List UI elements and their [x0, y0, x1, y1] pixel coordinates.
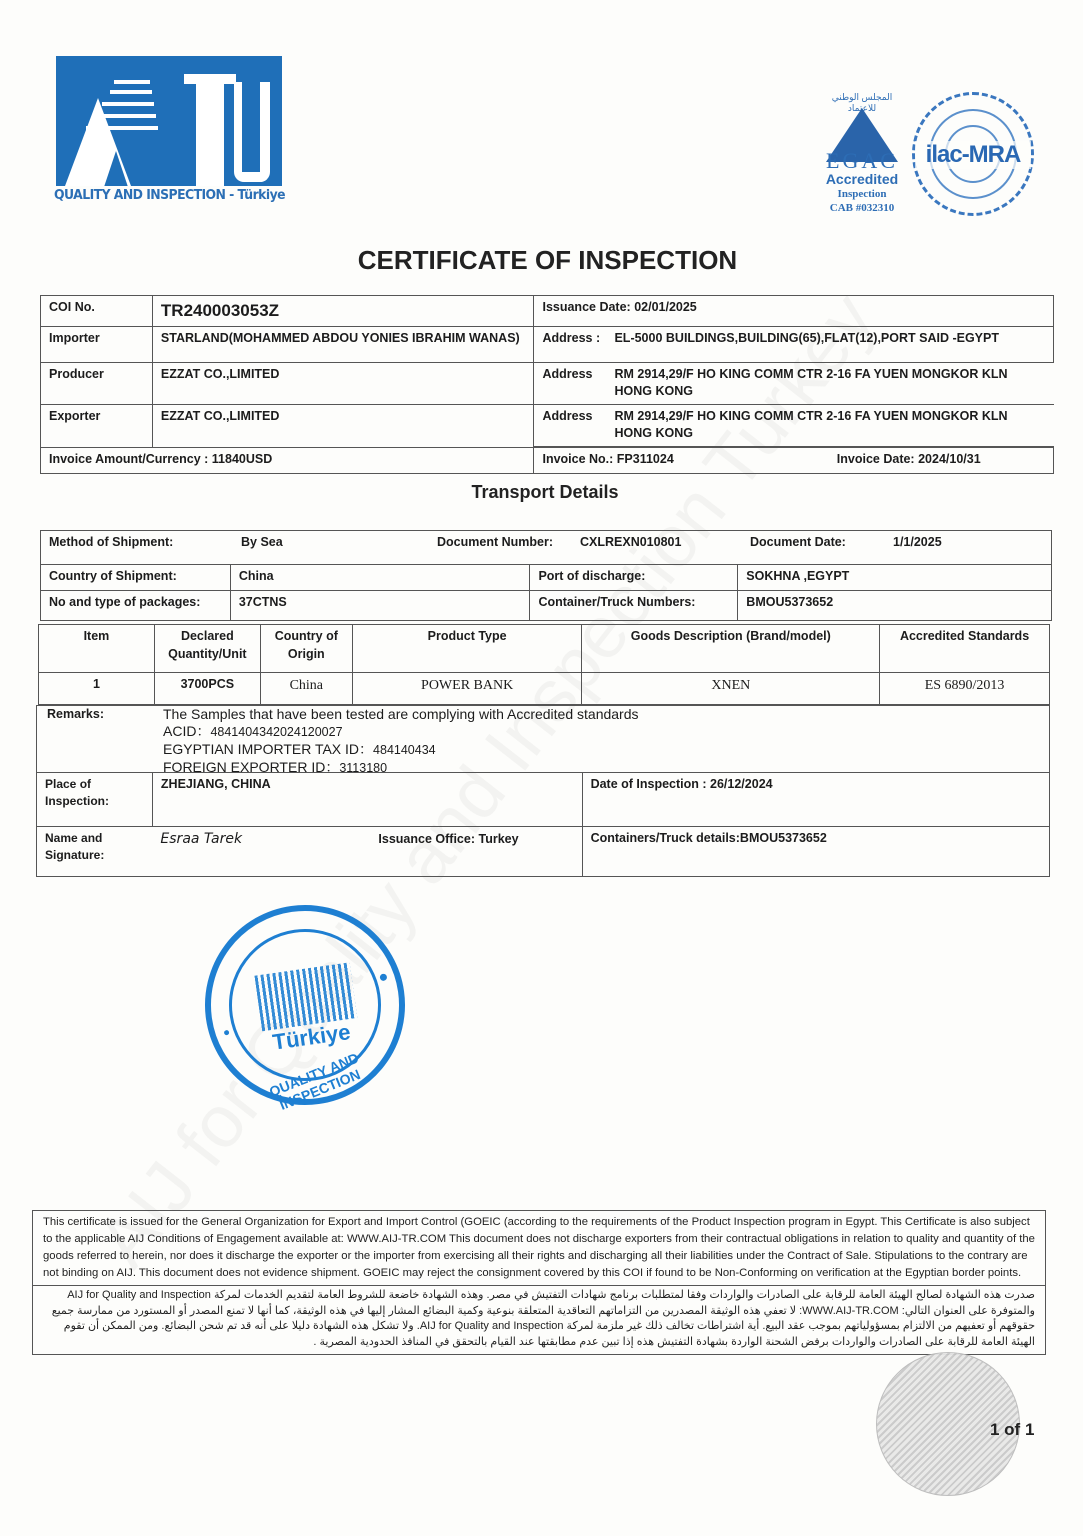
invoice-date-value: 2024/10/31 — [918, 452, 981, 466]
egac-accreditation-badge: المجلس الوطني للاعتماد EGAC Accredited I… — [812, 88, 912, 218]
transport-details-heading: Transport Details — [0, 482, 1083, 503]
country-of-shipment-label: Country of Shipment: — [41, 565, 231, 591]
document-date-value: 1/1/2025 — [893, 535, 942, 549]
packages-value: 37CTNS — [230, 591, 530, 621]
containers-details-value: BMOU5373652 — [740, 831, 827, 845]
container-numbers-label: Container/Truck Numbers: — [530, 591, 738, 621]
cell-country-of-origin: China — [260, 673, 352, 705]
cell-product-type: POWER BANK — [352, 673, 582, 705]
port-of-discharge-label: Port of discharge: — [530, 565, 738, 591]
egac-cab-number: CAB #032310 — [812, 202, 912, 214]
cell-accredited-standards: ES 6890/2013 — [880, 673, 1050, 705]
remarks-section: Remarks: The Samples that have been test… — [36, 705, 1050, 773]
header-item: Item — [39, 625, 155, 673]
place-of-inspection-value: ZHEJIANG, CHINA — [152, 773, 582, 827]
producer-value: EZZAT CO.,LIMITED — [152, 362, 534, 405]
cell-declared-quantity: 3700PCS — [154, 673, 260, 705]
port-of-discharge-value: SOKHNA ,EGYPT — [738, 565, 1052, 591]
ilac-mra-text: ilac-MRA — [915, 141, 1031, 169]
invoice-amount-label: Invoice Amount/Currency : — [49, 452, 208, 466]
container-numbers-value: BMOU5373652 — [738, 591, 1052, 621]
egac-inspection: Inspection — [812, 188, 912, 200]
issuance-office-value: Turkey — [478, 832, 518, 846]
exporter-value: EZZAT CO.,LIMITED — [152, 405, 534, 448]
invoice-no-value: FP311024 — [617, 451, 837, 469]
importer-tax-id-label: EGYPTIAN IMPORTER TAX ID： — [163, 741, 373, 757]
issuance-office-label: Issuance Office: — [378, 832, 475, 846]
transport-table: Method of Shipment:By SeaDocument Number… — [40, 530, 1052, 621]
date-of-inspection-label: Date of Inspection : — [591, 777, 707, 791]
document-title: CERTIFICATE OF INSPECTION — [0, 245, 1083, 276]
header-product-type: Product Type — [352, 625, 582, 673]
importer-value: STARLAND(MOHAMMED ABDOU YONIES IBRAHIM W… — [152, 326, 534, 362]
exporter-label: Exporter — [41, 405, 153, 448]
document-date-label: Document Date: — [750, 534, 893, 552]
disclaimer-box: This certificate is issued for the Gener… — [32, 1210, 1046, 1355]
goods-table-header: Item Declared Quantity/Unit Country of O… — [39, 625, 1050, 673]
producer-label: Producer — [41, 362, 153, 405]
coi-value: TR240003053Z — [152, 296, 534, 327]
importer-address-label: Address : — [542, 330, 614, 348]
importer-tax-id-value: 484140434 — [373, 743, 436, 757]
cell-item: 1 — [39, 673, 155, 705]
table-row: 1 3700PCS China POWER BANK XNEN ES 6890/… — [39, 673, 1050, 705]
logo-caption: QUALITY AND INSPECTION - Türkiye — [54, 187, 267, 203]
header-declared-quantity: Declared Quantity/Unit — [154, 625, 260, 673]
disclaimer-arabic: صدرت هذه الشهادة لصالح الهيئة العامة للر… — [33, 1286, 1045, 1354]
inspector-signature: Esraa Tarek — [160, 830, 378, 850]
importer-label: Importer — [41, 326, 153, 362]
page-number: 1 of 1 — [990, 1420, 1034, 1440]
name-signature-label: Name and Signature: — [37, 827, 153, 877]
exporter-address-value: RM 2914,29/F HO KING COMM CTR 2-16 FA YU… — [614, 408, 1045, 443]
header-accredited-standards: Accredited Standards — [880, 625, 1050, 673]
invoice-date-label: Invoice Date: — [837, 452, 915, 466]
remarks-label: Remarks: — [47, 707, 104, 721]
coi-label: COI No. — [41, 296, 153, 327]
header-goods-description: Goods Description (Brand/model) — [582, 625, 880, 673]
aij-logo — [56, 56, 282, 186]
invoice-no-label: Invoice No.: — [542, 452, 613, 466]
producer-address-value: RM 2914,29/F HO KING COMM CTR 2-16 FA YU… — [614, 366, 1045, 401]
egac-accredited: Accredited — [812, 171, 912, 187]
ilac-mra-badge: ilac-MRA — [912, 92, 1034, 216]
issuance-date-label: Issuance Date: — [542, 300, 630, 314]
disclaimer-english: This certificate is issued for the Gener… — [33, 1211, 1045, 1286]
producer-address-label: Address — [542, 366, 614, 401]
place-of-inspection-label: Place of Inspection: — [37, 773, 153, 827]
shipment-method-value: By Sea — [241, 534, 437, 552]
date-of-inspection-value: 26/12/2024 — [710, 777, 773, 791]
acid-label: ACID： — [163, 723, 210, 739]
issuance-date-value: 02/01/2025 — [634, 300, 697, 314]
remarks-compliance-text: The Samples that have been tested are co… — [163, 706, 639, 723]
packages-label: No and type of packages: — [41, 591, 231, 621]
containers-details-label: Containers/Truck details: — [591, 831, 740, 845]
invoice-amount-value: 11840USD — [212, 452, 272, 466]
cell-goods-description: XNEN — [582, 673, 880, 705]
inspection-table: Place of Inspection: ZHEJIANG, CHINA Dat… — [36, 772, 1050, 877]
shipment-method-label: Method of Shipment: — [49, 534, 241, 552]
document-number-label: Document Number: — [437, 534, 580, 552]
importer-address-value: EL-5000 BUILDINGS,BUILDING(65),FLAT(12),… — [614, 331, 999, 345]
acid-value: 4841404342024120027 — [210, 725, 342, 739]
document-number-value: CXLREXN010801 — [580, 534, 750, 552]
goods-table: Item Declared Quantity/Unit Country of O… — [38, 624, 1050, 705]
country-of-shipment-value: China — [230, 565, 530, 591]
certificate-info-table: COI No. TR240003053Z Issuance Date: 02/0… — [40, 295, 1054, 474]
header-country-of-origin: Country of Origin — [260, 625, 352, 673]
exporter-address-label: Address — [542, 408, 614, 443]
